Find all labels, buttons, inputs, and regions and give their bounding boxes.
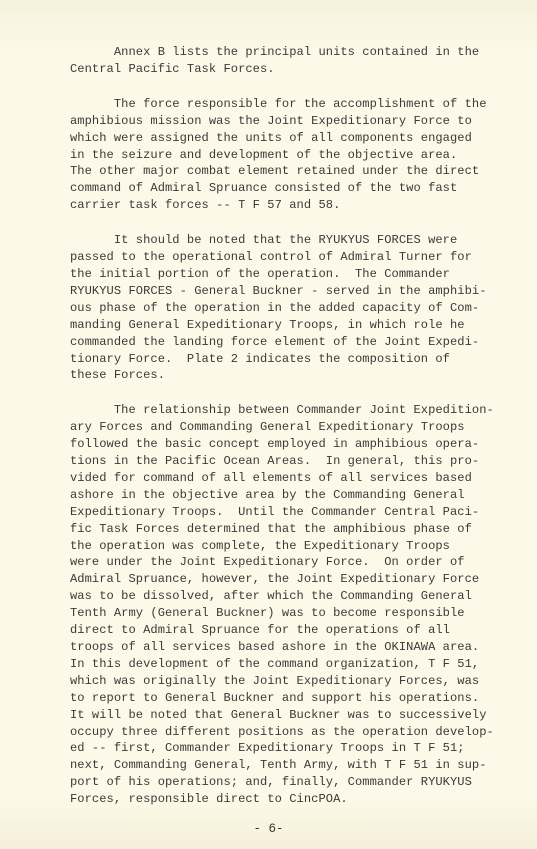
text-line: RYUKYUS FORCES - General Buckner - serve… (70, 283, 530, 300)
text-line: next, Commanding General, Tenth Army, wi… (70, 757, 530, 774)
paragraph: The relationship between Commander Joint… (70, 402, 530, 808)
text-line: in the seizure and development of the ob… (70, 147, 530, 164)
text-line: Expeditionary Troops. Until the Commande… (70, 504, 530, 521)
text-line: ary Forces and Commanding General Expedi… (70, 419, 530, 436)
text-line: fic Task Forces determined that the amph… (70, 521, 530, 538)
text-line: occupy three different positions as the … (70, 724, 530, 741)
text-line: Annex B lists the principal units contai… (70, 44, 530, 61)
text-line: Central Pacific Task Forces. (70, 61, 530, 78)
text-line: the operation was complete, the Expediti… (70, 538, 530, 555)
text-line: Admiral Spruance, however, the Joint Exp… (70, 571, 530, 588)
text-line: troops of all services based ashore in t… (70, 639, 530, 656)
paragraph: It should be noted that the RYUKYUS FORC… (70, 232, 530, 384)
text-line: port of his operations; and, finally, Co… (70, 774, 530, 791)
text-line: ed -- first, Commander Expeditionary Tro… (70, 740, 530, 757)
text-line: It should be noted that the RYUKYUS FORC… (70, 232, 530, 249)
text-line: was to be dissolved, after which the Com… (70, 588, 530, 605)
text-line: to report to General Buckner and support… (70, 690, 530, 707)
text-line: ous phase of the operation in the added … (70, 300, 530, 317)
text-line: It will be noted that General Buckner wa… (70, 707, 530, 724)
text-line: The relationship between Commander Joint… (70, 402, 530, 419)
text-line: amphibious mission was the Joint Expedit… (70, 113, 530, 130)
text-line: The other major combat element retained … (70, 163, 530, 180)
paragraph: Annex B lists the principal units contai… (70, 44, 530, 78)
text-line: manding General Expeditionary Troops, in… (70, 317, 530, 334)
text-line: tions in the Pacific Ocean Areas. In gen… (70, 453, 530, 470)
text-line: command of Admiral Spruance consisted of… (70, 180, 530, 197)
text-line: these Forces. (70, 367, 530, 384)
text-line: which were assigned the units of all com… (70, 130, 530, 147)
text-line: followed the basic concept employed in a… (70, 436, 530, 453)
text-line: commanded the landing force element of t… (70, 334, 530, 351)
text-line: carrier task forces -- T F 57 and 58. (70, 197, 530, 214)
document-page: Annex B lists the principal units contai… (0, 0, 537, 849)
text-line: the initial portion of the operation. Th… (70, 266, 530, 283)
body-text: Annex B lists the principal units contai… (70, 44, 530, 826)
text-line: direct to Admiral Spruance for the opera… (70, 622, 530, 639)
text-line: Forces, responsible direct to CincPOA. (70, 791, 530, 808)
text-line: tionary Force. Plate 2 indicates the com… (70, 351, 530, 368)
text-line: ashore in the objective area by the Comm… (70, 487, 530, 504)
text-line: which was originally the Joint Expeditio… (70, 673, 530, 690)
text-line: In this development of the command organ… (70, 656, 530, 673)
text-line: were under the Joint Expeditionary Force… (70, 554, 530, 571)
page-number: - 6- (0, 822, 537, 836)
text-line: The force responsible for the accomplish… (70, 96, 530, 113)
text-line: Tenth Army (General Buckner) was to beco… (70, 605, 530, 622)
paragraph: The force responsible for the accomplish… (70, 96, 530, 214)
text-line: passed to the operational control of Adm… (70, 249, 530, 266)
text-line: vided for command of all elements of all… (70, 470, 530, 487)
